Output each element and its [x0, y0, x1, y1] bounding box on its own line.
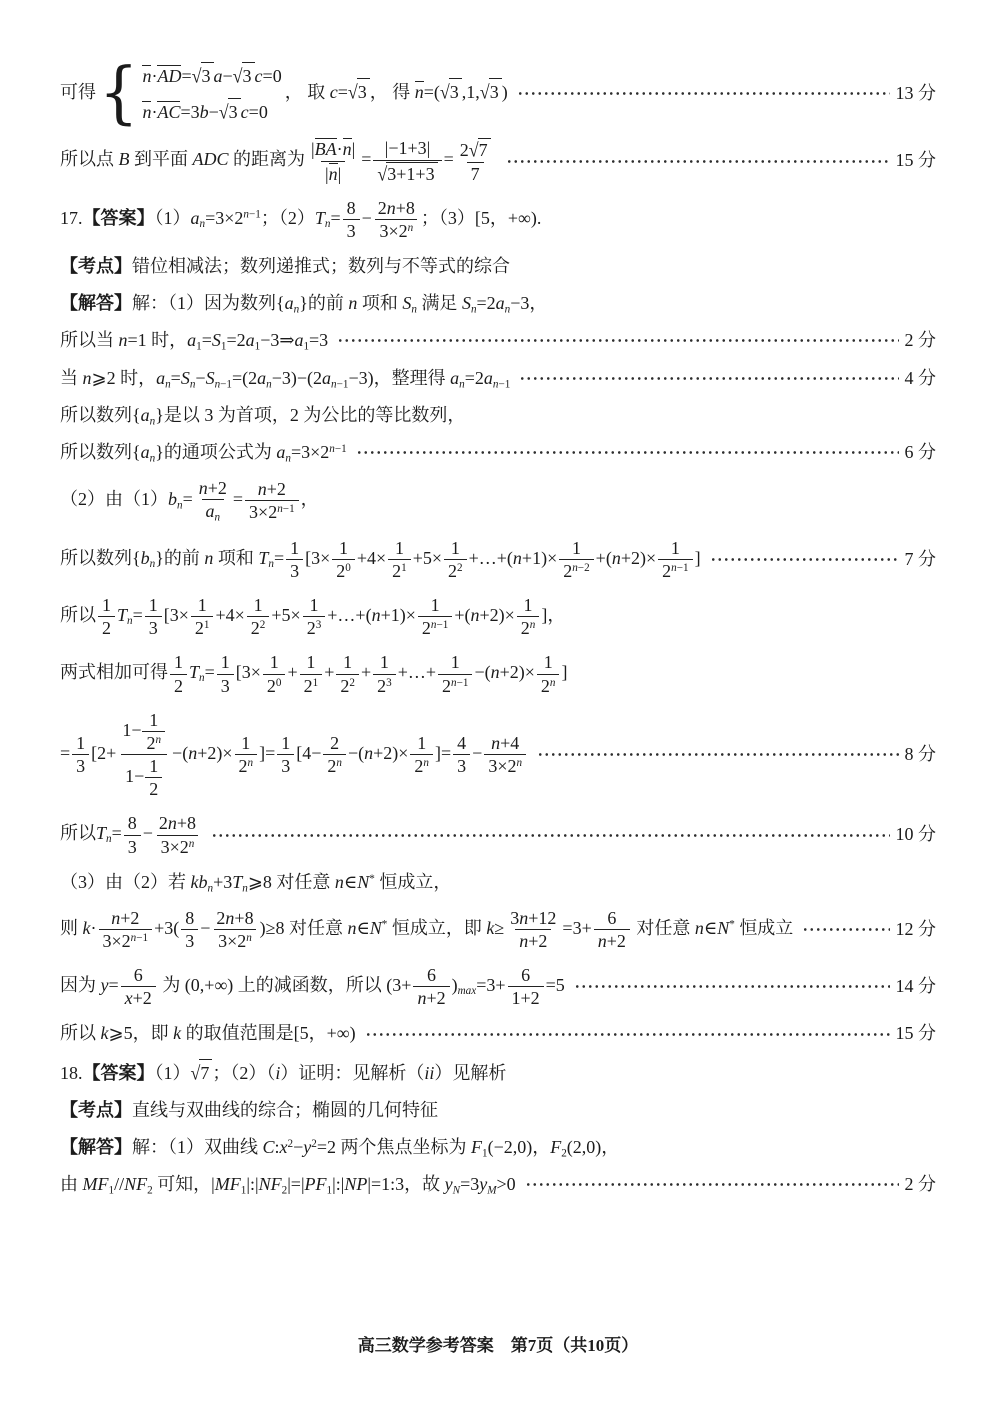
- math-var: a: [276, 442, 285, 462]
- denominator: 20: [263, 674, 286, 696]
- math-var: n: [519, 908, 528, 928]
- math-var: y: [101, 975, 109, 995]
- dotted-leader: [537, 750, 898, 759]
- system-equation: n·AD=√3a−√3c=0: [142, 62, 281, 89]
- line-geometric: 所以数列{an}是以 3 为首项，2 为公比的等比数列，: [60, 403, 936, 428]
- text: =1 时，: [128, 330, 188, 350]
- fraction: 13: [217, 652, 234, 695]
- text: −3)，整理得: [349, 368, 451, 388]
- radicand: 3: [242, 62, 255, 89]
- text: 所以数列{: [60, 442, 141, 462]
- denominator: 3: [453, 754, 470, 776]
- text: [4−: [296, 743, 321, 763]
- superscript: n−1: [277, 503, 294, 515]
- text: 2: [260, 619, 266, 631]
- denominator: 3: [145, 616, 162, 638]
- math-var: a: [141, 442, 150, 462]
- denominator: 21: [191, 616, 214, 638]
- text: =0: [263, 66, 282, 86]
- fraction: 12n−1: [418, 595, 452, 638]
- radical-sign: √: [348, 79, 358, 106]
- text: [3×: [236, 662, 261, 682]
- text: 3: [76, 756, 85, 776]
- numerator: 1: [237, 733, 254, 754]
- numerator: 2n+8: [212, 908, 257, 929]
- math-var: n: [199, 478, 208, 498]
- line-8pts: =13[2+1−12n1−12−(n+2)×12n]=13[4−22n−(n+2…: [60, 709, 936, 801]
- solution-lines: 可得{n·AD=√3a−√3c=0n·AC=3b−√3c=0， 取 c=√3， …: [60, 62, 936, 1209]
- text: 对任意: [632, 918, 695, 938]
- math-var: c: [241, 102, 249, 122]
- numerator: 1: [98, 595, 115, 616]
- text: 6: [607, 908, 616, 928]
- numerator: 1: [568, 538, 585, 559]
- denominator: 3×2n: [214, 929, 256, 951]
- fraction: 12n−1: [658, 538, 692, 581]
- math-var: c: [330, 82, 338, 102]
- text: −: [223, 66, 233, 86]
- math-var: a: [191, 207, 200, 227]
- text: 错位相减法；数列递推式；数列与不等式的综合: [132, 256, 510, 276]
- fraction: 122: [247, 595, 270, 638]
- text: 3: [347, 221, 356, 241]
- vector-overline: AC: [157, 101, 180, 122]
- text: 3: [281, 756, 290, 776]
- score-label: 7 分: [905, 547, 937, 572]
- math-var: T: [315, 207, 325, 227]
- text: +2)×: [500, 662, 535, 682]
- text: =: [444, 149, 454, 169]
- text: 1: [241, 733, 250, 753]
- text: 3: [221, 676, 230, 696]
- math-var: k: [173, 1023, 181, 1043]
- text: 2: [392, 561, 401, 581]
- math-var: n: [83, 368, 92, 388]
- math-var: a: [322, 368, 331, 388]
- text: +2: [120, 908, 139, 928]
- numerator: 1: [145, 595, 162, 616]
- text: =: [361, 149, 371, 169]
- denominator: 21: [300, 674, 323, 696]
- text: 1: [290, 538, 299, 558]
- text: ): [502, 82, 508, 102]
- numerator: 1: [145, 710, 162, 731]
- text: =5: [546, 975, 565, 995]
- superscript: n: [155, 734, 161, 746]
- numerator: 1: [302, 652, 319, 673]
- math-var: n: [348, 293, 357, 313]
- fraction: 121: [388, 538, 411, 581]
- numerator: 1: [447, 652, 464, 673]
- text: +…+(: [327, 605, 371, 625]
- text: 解：（1）因为数列{: [132, 293, 285, 313]
- text: 1: [174, 652, 183, 672]
- text: +2: [528, 931, 547, 951]
- superscript: n: [248, 757, 254, 769]
- text: −1: [677, 562, 689, 574]
- text: 2: [422, 618, 431, 638]
- radicand: 7: [199, 1059, 212, 1086]
- math-var: AC: [157, 102, 180, 122]
- numerator: n+2: [107, 908, 143, 929]
- text: }的前: [299, 293, 348, 313]
- text: |=1:3，故: [367, 1174, 444, 1194]
- math-var: NP: [344, 1174, 367, 1194]
- text: −1: [220, 378, 232, 390]
- line-content: 所以12Tn=13[3×121+4×122+5×123+…+(n+1)×12n−…: [60, 594, 565, 639]
- fraction: 121: [300, 652, 323, 695]
- text: （2）由（1）: [60, 489, 168, 509]
- text: 1−: [122, 720, 141, 740]
- math-var: n: [612, 548, 621, 568]
- text: ；（2）: [261, 207, 315, 227]
- score-label: 10 分: [896, 822, 937, 847]
- text: 到平面: [130, 149, 193, 169]
- fraction: 1−12n1−12: [118, 710, 170, 800]
- fraction: 22n: [323, 733, 346, 776]
- math-var: NF: [259, 1174, 282, 1194]
- text: 所以数列{: [60, 405, 141, 425]
- math-var: F: [471, 1137, 482, 1157]
- denominator: 1−12: [121, 754, 167, 799]
- text: 7: [200, 1063, 209, 1083]
- vector-overline: n: [343, 138, 352, 159]
- math-var: AD: [157, 66, 181, 86]
- text: 0: [276, 676, 282, 688]
- text: 6: [427, 965, 436, 985]
- text: 1: [149, 595, 158, 615]
- math-var: a: [214, 66, 223, 86]
- text: 3: [510, 908, 519, 928]
- radical-sign: √: [440, 79, 450, 106]
- math-var: n: [335, 872, 344, 892]
- denominator: √3+1+3: [373, 160, 441, 184]
- denominator: n+2: [594, 929, 630, 951]
- text: ⩾5，即: [109, 1023, 174, 1043]
- line-content: （3）由（2）若 kbn+3Tn⩾8 对任意 n∈N* 恒成立，: [60, 870, 451, 895]
- denominator: n+2: [413, 986, 449, 1008]
- text: 1−: [125, 766, 144, 786]
- numerator: 1: [286, 538, 303, 559]
- text: +: [361, 662, 371, 682]
- line-q17-jieda: 【解答】解：（1）因为数列{an}的前 n 项和 Sn 满足 Sn=2an−3，: [60, 291, 936, 316]
- radical-sign: √: [377, 163, 387, 185]
- text: 1: [544, 652, 553, 672]
- fraction: n+23×2n−1: [245, 479, 299, 522]
- radicand: 3: [449, 78, 462, 105]
- text: |:|: [246, 1174, 258, 1194]
- superscript: n: [189, 837, 195, 849]
- numerator: 8: [124, 813, 141, 834]
- score-label: 13 分: [896, 81, 937, 106]
- radicand: 3: [228, 98, 241, 125]
- text: ；（2）（: [212, 1063, 275, 1083]
- text: =: [202, 330, 212, 350]
- text: +5×: [413, 548, 442, 568]
- fraction: 122: [444, 538, 467, 581]
- page-footer: 高三数学参考答案 第7页（共10页）: [60, 1334, 936, 1358]
- math-var: n: [336, 757, 342, 769]
- math-var: b: [141, 548, 150, 568]
- text: −: [209, 102, 219, 122]
- radicand: 3: [357, 78, 370, 105]
- math-var: max: [458, 985, 477, 997]
- text: −: [143, 823, 153, 843]
- numerator: 1: [335, 538, 352, 559]
- denominator: x+2: [121, 986, 156, 1008]
- text: =3: [460, 1174, 479, 1194]
- text: ·: [91, 918, 97, 938]
- math-var: a: [450, 368, 459, 388]
- text: −(: [474, 662, 490, 682]
- math-var: b: [199, 872, 208, 892]
- text: 2: [336, 561, 345, 581]
- numerator: 6: [517, 965, 534, 986]
- math-var: a: [156, 368, 165, 388]
- text: =: [112, 823, 122, 843]
- line-content: 【考点】直线与双曲线的综合；椭圆的几何特征: [60, 1098, 438, 1123]
- score-label: 15 分: [896, 1021, 937, 1046]
- math-var: BA: [315, 139, 337, 159]
- line-14pts: 因为 y=6x+2 为 (0,+∞) 上的减函数，所以 (3+6n+2)max=…: [60, 964, 936, 1009]
- dotted-leader: [517, 89, 890, 98]
- denominator: 1+2: [508, 986, 544, 1008]
- text: =2: [477, 293, 496, 313]
- text: −1: [283, 503, 295, 515]
- text: =2: [226, 330, 245, 350]
- denominator: 2: [170, 674, 187, 696]
- math-var: S: [181, 368, 190, 388]
- vector-overline: BA: [315, 138, 337, 159]
- numerator: 6: [130, 965, 147, 986]
- text: ∈: [704, 918, 717, 938]
- math-var: S: [206, 368, 215, 388]
- line-add-both: 两式相加可得12Tn=13[3×120+121+122+123+…+12n−1−…: [60, 651, 936, 696]
- fraction: 12: [145, 756, 162, 799]
- text: 2: [457, 562, 463, 574]
- radicand: 3+1+3: [386, 162, 437, 184]
- math-var: F: [550, 1137, 561, 1157]
- line-bn-def: （2）由（1）bn=n+2an=n+23×2n−1，: [60, 477, 936, 525]
- numerator: n+4: [487, 733, 523, 754]
- text: 1: [401, 562, 407, 574]
- denominator: 3×2n−1: [99, 929, 153, 951]
- numerator: 1: [540, 652, 557, 673]
- dotted-leader: [802, 925, 889, 934]
- superscript: n−1: [243, 208, 260, 220]
- numerator: 1: [427, 595, 444, 616]
- text: 直线与双曲线的综合；椭圆的几何特征: [132, 1100, 438, 1120]
- math-var: n: [329, 164, 338, 184]
- text: 为 (0,+∞) 上的减函数，所以 (3+: [158, 975, 412, 995]
- text: 6: [521, 965, 530, 985]
- text: 3×2: [218, 931, 246, 951]
- text: ）证明：见解析（: [280, 1063, 424, 1083]
- text: +2)×: [373, 743, 408, 763]
- fraction: 6n+2: [594, 908, 630, 951]
- text: 1: [281, 733, 290, 753]
- line-content: 所以数列{bn}的前 n 项和 Tn=13[3×120+4×121+5×122+…: [60, 537, 701, 582]
- text: 7: [471, 164, 480, 184]
- line-12pts: 则 k·n+23×2n−1+3(83−2n+83×2n)≥8 对任意 n∈N* …: [60, 907, 936, 952]
- line-q18-2pts: 由 MF1//NF2 可知，|MF1|:|NF2|=|PF1|:|NP|=1:3…: [60, 1172, 936, 1197]
- numerator: 1: [391, 538, 408, 559]
- text: 2: [102, 618, 111, 638]
- math-var: n: [423, 757, 429, 769]
- math-var: n: [188, 743, 197, 763]
- math-var: n: [258, 479, 267, 499]
- text: 2: [174, 676, 183, 696]
- fraction: n+23×2n−1: [99, 908, 153, 951]
- text: 6: [134, 965, 143, 985]
- score-label: 12 分: [896, 917, 937, 942]
- numerator: 1: [194, 595, 211, 616]
- math-var: n: [364, 743, 373, 763]
- math-var: n: [343, 139, 352, 159]
- text: −3⇒: [260, 330, 294, 350]
- numerator: 2√7: [456, 138, 495, 161]
- text: 1: [451, 652, 460, 672]
- text: =3+: [562, 918, 591, 938]
- radical-sign: √: [469, 140, 479, 162]
- subscript: M: [487, 1185, 496, 1197]
- text: 3: [243, 66, 252, 86]
- numerator: n+2: [254, 479, 290, 500]
- text: =: [171, 368, 181, 388]
- math-var: PF: [305, 1174, 327, 1194]
- score-label: 4 分: [905, 366, 937, 391]
- math-var: a: [246, 330, 255, 350]
- math-var: n: [516, 757, 522, 769]
- line-content: 所以数列{an}是以 3 为首项，2 为公比的等比数列，: [60, 403, 465, 428]
- radical: √3+1+3: [377, 162, 437, 184]
- numerator: 1: [277, 733, 294, 754]
- math-var: b: [200, 102, 209, 122]
- denominator: 2n: [235, 754, 258, 776]
- math-var: n: [248, 757, 254, 769]
- superscript: n−1: [329, 443, 346, 455]
- text: （1）: [155, 1063, 191, 1083]
- numerator: 1: [217, 652, 234, 673]
- fraction: 12n: [517, 595, 540, 638]
- text: 1: [221, 652, 230, 672]
- math-var: n: [246, 932, 252, 944]
- dotted-leader: [356, 448, 899, 457]
- text: 恒成立，: [375, 872, 452, 892]
- superscript: n−1: [131, 932, 148, 944]
- math-var: T: [96, 823, 106, 843]
- dotted-leader: [506, 157, 890, 166]
- text: =: [181, 66, 191, 86]
- text: 满足: [417, 293, 462, 313]
- text: ， 取: [285, 82, 330, 102]
- text: 2: [521, 618, 530, 638]
- superscript: n−2: [572, 562, 589, 574]
- line-content: 因为 y=6x+2 为 (0,+∞) 上的减函数，所以 (3+6n+2)max=…: [60, 964, 565, 1009]
- text: +(: [596, 548, 612, 568]
- math-var: k: [101, 1023, 109, 1043]
- section-label: 【考点】: [60, 1100, 132, 1120]
- text: (2,0)，: [567, 1137, 620, 1157]
- superscript: n: [530, 619, 536, 631]
- denominator: 3×2n: [375, 219, 417, 241]
- text: 则: [60, 918, 83, 938]
- line-content: 由 MF1//NF2 可知，|MF1|:|NF2|=|PF1|:|NP|=1:3…: [60, 1172, 516, 1197]
- fraction: 3n+12n+2: [506, 908, 560, 951]
- text: 2: [304, 676, 313, 696]
- math-var: n: [598, 931, 607, 951]
- numerator: 1: [145, 756, 162, 777]
- fraction: 12n−1: [438, 652, 472, 695]
- text: =3: [309, 330, 328, 350]
- text: |: [352, 139, 356, 159]
- radical: √7: [469, 138, 491, 160]
- denominator: 3: [217, 674, 234, 696]
- denominator: 2: [98, 616, 115, 638]
- radical: √3: [233, 62, 255, 89]
- math-var: ii: [424, 1063, 434, 1083]
- text: +2: [267, 479, 286, 499]
- text: =2: [465, 368, 484, 388]
- section-label: 【答案】: [83, 207, 155, 227]
- fraction: 120: [263, 652, 286, 695]
- fraction: 12n: [142, 710, 165, 753]
- math-var: N: [717, 918, 729, 938]
- superscript: n−1: [431, 619, 448, 631]
- fraction: 6x+2: [121, 965, 156, 1008]
- text: =3: [180, 102, 199, 122]
- text: +4: [500, 733, 519, 753]
- text: 1: [76, 733, 85, 753]
- text: =: [183, 489, 193, 509]
- text: 1: [417, 733, 426, 753]
- superscript: n: [516, 757, 522, 769]
- text: 所以: [60, 605, 96, 625]
- superscript: n: [423, 757, 429, 769]
- denominator: 3: [124, 835, 141, 857]
- math-var: n: [530, 619, 536, 631]
- text: 2: [377, 676, 386, 696]
- text: +2: [607, 931, 626, 951]
- system-brace: {: [99, 62, 138, 126]
- radical: √3: [480, 78, 502, 105]
- text: −3，: [510, 293, 547, 313]
- fraction: 83: [124, 813, 141, 856]
- text: ,1,: [462, 82, 480, 102]
- math-var: N: [453, 1185, 460, 1197]
- radical-sign: √: [480, 79, 490, 106]
- radical: √3: [219, 98, 241, 125]
- text: //: [114, 1174, 124, 1194]
- dotted-leader: [574, 982, 890, 991]
- numerator: 2n+8: [155, 813, 200, 834]
- fraction: n+43×2n: [484, 733, 526, 776]
- denominator: 3: [277, 754, 294, 776]
- denominator: 3: [286, 559, 303, 581]
- text: }的前: [155, 548, 204, 568]
- text: 1: [524, 595, 533, 615]
- text: 3: [450, 82, 459, 102]
- text: −3)−(2: [272, 368, 322, 388]
- line-content: 所以 k⩾5，即 k 的取值范围是[5，+∞): [60, 1021, 356, 1046]
- math-var: x: [125, 988, 133, 1008]
- math-var: a: [496, 293, 505, 313]
- math-var: n: [111, 908, 120, 928]
- text: 1: [572, 538, 581, 558]
- text: 3×2: [103, 931, 131, 951]
- denominator: 3×2n: [484, 754, 526, 776]
- text: =0: [249, 102, 268, 122]
